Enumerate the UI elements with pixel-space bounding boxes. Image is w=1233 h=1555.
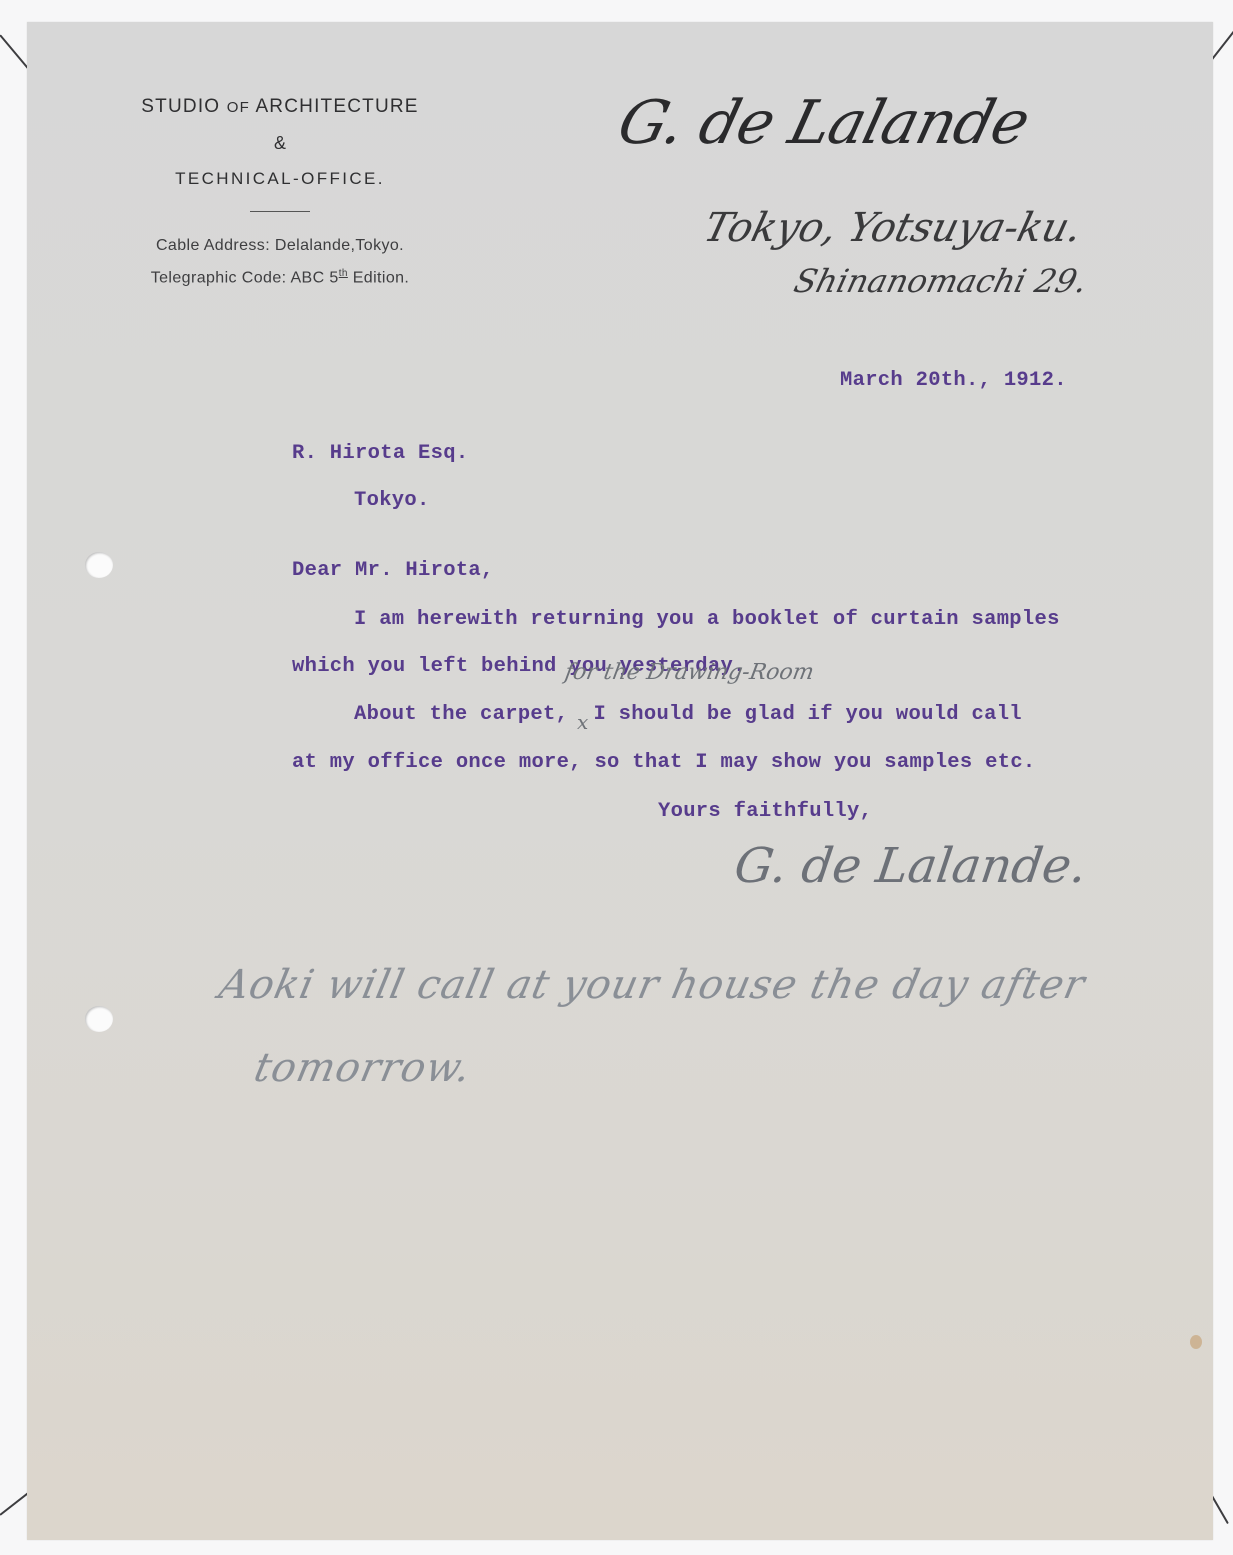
body-line-3: About the carpet, I should be glad if yo… [354, 703, 1022, 726]
handwritten-note-line-1: Aoki will call at your house the day aft… [215, 962, 1089, 1008]
ampersand: & [110, 125, 450, 161]
punch-hole-lower [85, 1006, 113, 1032]
signature: G. de Lalande. [731, 838, 1090, 894]
insertion-caret: x [577, 710, 588, 734]
recipient-name: R. Hirota Esq. [292, 442, 468, 465]
cable-address: Cable Address: Delalande,Tokyo. [110, 232, 450, 260]
paper-stain [1190, 1335, 1202, 1349]
recipient-city: Tokyo. [354, 489, 430, 512]
letterhead-address-line2: Shinanomachi 29. [790, 262, 1091, 300]
letterhead-left: STUDIO OF ARCHITECTURE & TECHNICAL-OFFIC… [110, 90, 450, 292]
handwritten-note-line-2: tomorrow. [250, 1045, 475, 1091]
closing: Yours faithfully, [658, 800, 872, 823]
letterhead-divider [250, 211, 310, 212]
handwritten-insertion: for the Drawing-Room [563, 660, 816, 685]
letterhead-name-script: G. de Lalande [611, 88, 1036, 158]
studio-title: STUDIO OF ARCHITECTURE [110, 90, 450, 125]
punch-hole-upper [85, 552, 113, 578]
letter-date: March 20th., 1912. [840, 369, 1067, 392]
telegraphic-code: Telegraphic Code: ABC 5th Edition. [110, 260, 450, 292]
technical-office-title: TECHNICAL-OFFICE. [110, 161, 450, 197]
salutation: Dear Mr. Hirota, [292, 559, 494, 582]
body-line-1: I am herewith returning you a booklet of… [354, 608, 1060, 631]
letterhead-address-line1: Tokyo, Yotsuya-ku. [699, 205, 1087, 251]
body-line-4: at my office once more, so that I may sh… [292, 751, 1036, 774]
